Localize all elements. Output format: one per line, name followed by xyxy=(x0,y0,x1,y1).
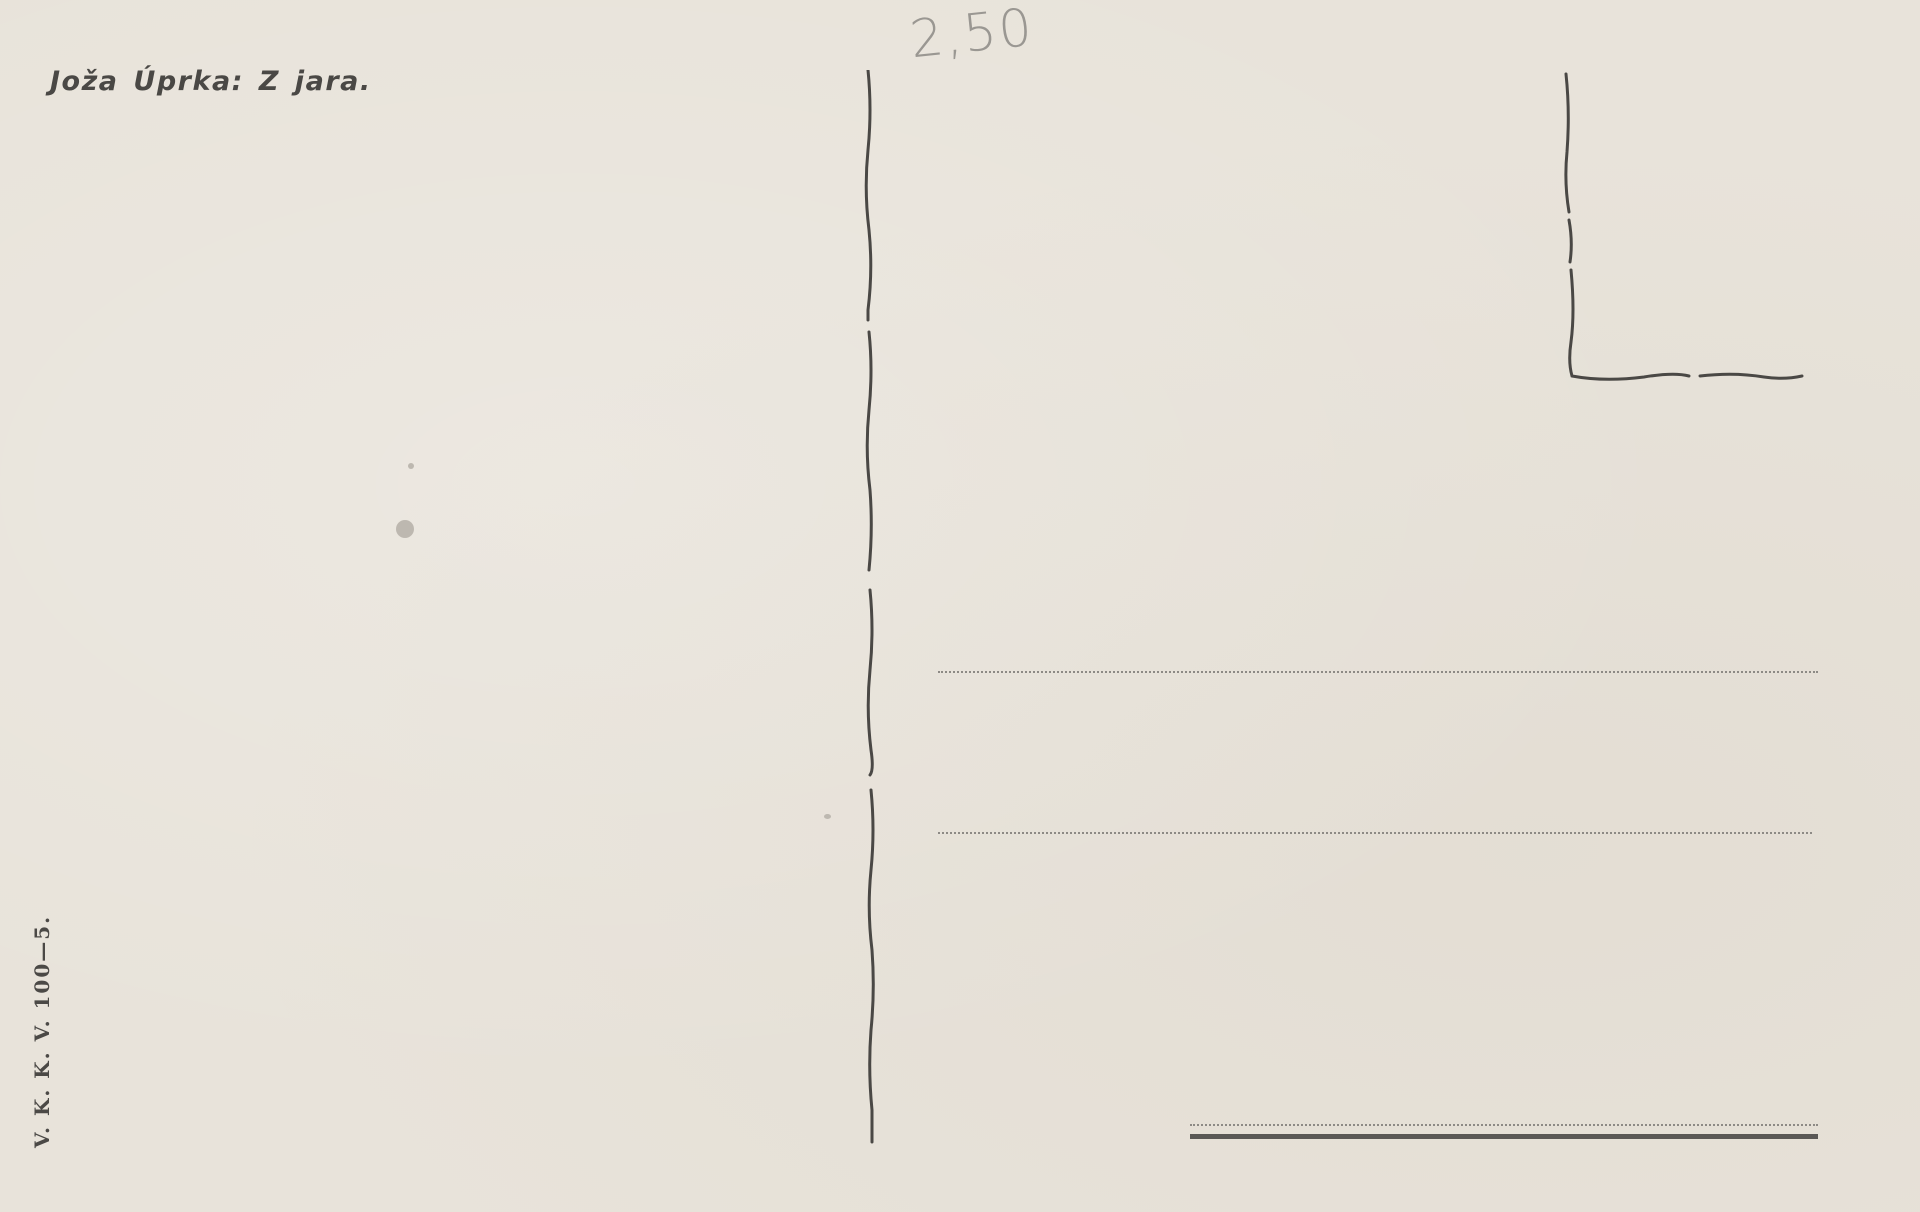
postcard-back: Joža Úprka: Z jara. 2,50 V. K. K. V. 100… xyxy=(0,0,1920,1212)
address-line-2 xyxy=(938,832,1812,834)
artwork-title: Joža Úprka: Z jara. xyxy=(50,66,372,97)
center-divider xyxy=(860,70,880,1144)
address-line-3 xyxy=(1190,1124,1818,1126)
paper-blemish xyxy=(824,814,831,819)
paper-blemish xyxy=(396,520,414,538)
paper-blemish xyxy=(408,463,414,469)
publisher-code: V. K. K. V. 100—5. xyxy=(30,915,54,1148)
stamp-area-corner xyxy=(1564,72,1804,384)
handwritten-price: 2,50 xyxy=(907,0,1036,70)
address-line-1 xyxy=(938,671,1818,673)
address-baseline xyxy=(1190,1134,1818,1139)
